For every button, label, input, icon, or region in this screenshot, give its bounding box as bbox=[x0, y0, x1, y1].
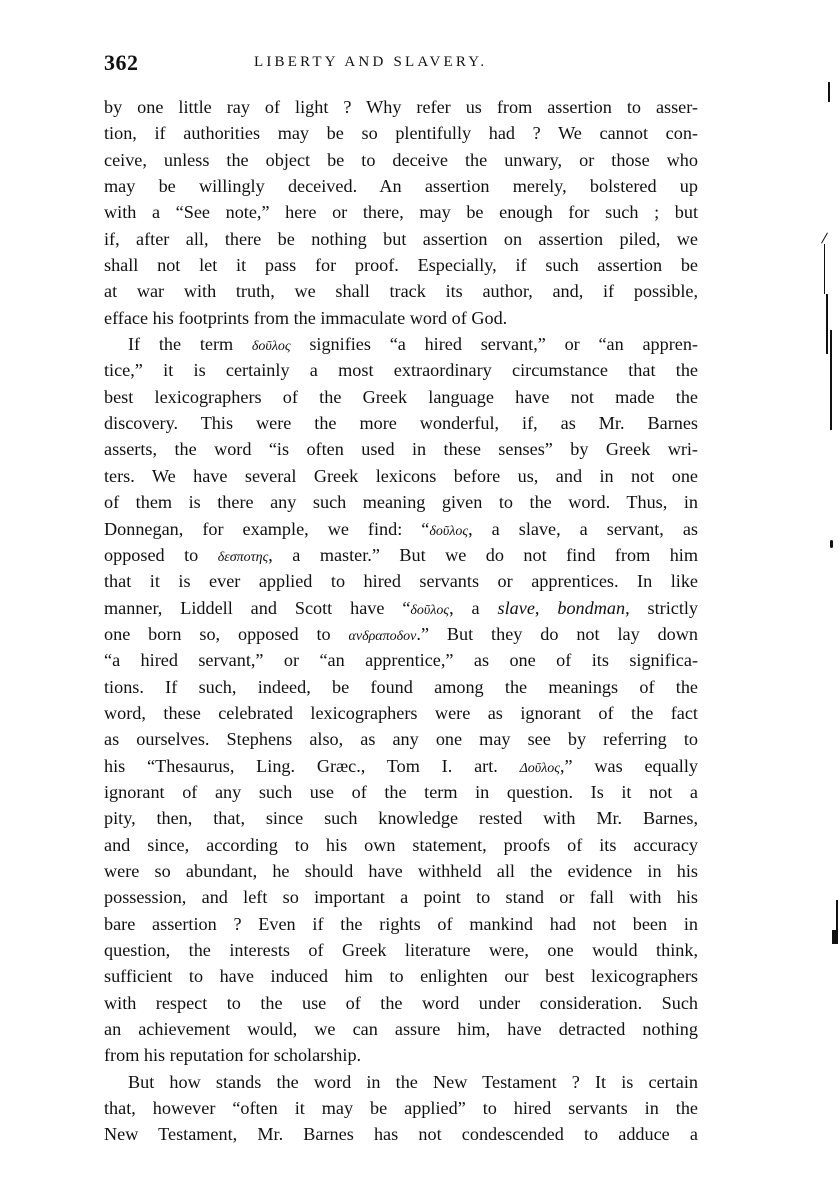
text-run: , bbox=[535, 598, 557, 618]
italic-word: bondman bbox=[557, 598, 625, 618]
text-run: his “Thesaurus, Ling. Græc., Tom I. art. bbox=[104, 756, 520, 776]
text-line: ters. We have several Greek lexicons bef… bbox=[104, 463, 698, 489]
scan-artifact-mark bbox=[821, 233, 828, 244]
greek-word: Δοῦλος bbox=[520, 761, 560, 776]
text-run: manner, Liddell and Scott have “ bbox=[104, 598, 410, 618]
text-line: New Testament, Mr. Barnes has not condes… bbox=[104, 1121, 698, 1147]
text-line: tion, if authorities may be so plentiful… bbox=[104, 120, 698, 146]
text-line: as ourselves. Stephens also, as any one … bbox=[104, 726, 698, 752]
text-line: But how stands the word in the New Testa… bbox=[104, 1069, 698, 1095]
text-line: at war with truth, we shall track its au… bbox=[104, 278, 698, 304]
text-line: best lexicographers of the Greek languag… bbox=[104, 384, 698, 410]
text-line: by one little ray of light ? Why refer u… bbox=[104, 94, 698, 120]
greek-word: δοῦλος bbox=[429, 524, 468, 539]
text-run: signifies “a hired servant,” or “an appr… bbox=[291, 334, 698, 354]
text-line: tions. If such, indeed, be found among t… bbox=[104, 674, 698, 700]
text-line: bare assertion ? Even if the rights of m… bbox=[104, 911, 698, 937]
greek-word: δοῦλος bbox=[252, 339, 291, 354]
text-line: with respect to the use of the word unde… bbox=[104, 990, 698, 1016]
text-line: efface his footprints from the immaculat… bbox=[104, 305, 698, 331]
text-line: “a hired servant,” or “an apprentice,” a… bbox=[104, 647, 698, 673]
text-line: shall not let it pass for proof. Especia… bbox=[104, 252, 698, 278]
text-line: that, however “often it may be applied” … bbox=[104, 1095, 698, 1121]
text-line: one born so, opposed to ανδραποδον.” But… bbox=[104, 621, 698, 647]
italic-word: slave bbox=[498, 598, 535, 618]
text-line: tice,” it is certainly a most extraordin… bbox=[104, 357, 698, 383]
text-line: his “Thesaurus, Ling. Græc., Tom I. art.… bbox=[104, 753, 698, 779]
scan-artifact-mark bbox=[830, 330, 832, 430]
text-line: from his reputation for scholarship. bbox=[104, 1042, 698, 1068]
text-run: , strictly bbox=[625, 598, 698, 618]
text-run: .” But they do not lay down bbox=[416, 624, 698, 644]
scan-artifact-mark bbox=[824, 244, 825, 294]
text-run: , a bbox=[449, 598, 497, 618]
body-text: by one little ray of light ? Why refer u… bbox=[104, 94, 698, 1148]
text-line: pity, then, that, since such knowledge r… bbox=[104, 805, 698, 831]
text-line: that it is ever applied to hired servant… bbox=[104, 568, 698, 594]
text-line: an achievement would, we can assure him,… bbox=[104, 1016, 698, 1042]
text-line: question, the interests of Greek literat… bbox=[104, 937, 698, 963]
text-line: with a “See note,” here or there, may be… bbox=[104, 199, 698, 225]
text-line: manner, Liddell and Scott have “δοῦλος, … bbox=[104, 595, 698, 621]
text-run: opposed to bbox=[104, 545, 218, 565]
text-run: ,” was equally bbox=[560, 756, 698, 776]
text-line: opposed to δεσποτης, a master.” But we d… bbox=[104, 542, 698, 568]
greek-word: δοῦλος bbox=[410, 603, 449, 618]
text-line: of them is there any such meaning given … bbox=[104, 489, 698, 515]
text-line: ceive, unless the object be to deceive t… bbox=[104, 147, 698, 173]
text-line: possession, and left so important a poin… bbox=[104, 884, 698, 910]
text-run: , a slave, a servant, as bbox=[468, 519, 698, 539]
scan-artifact-mark bbox=[832, 930, 838, 944]
scan-artifact-mark bbox=[836, 900, 838, 930]
book-page: 362 LIBERTY AND SLAVERY. by one little r… bbox=[0, 0, 840, 1200]
text-line: sufficient to have induced him to enligh… bbox=[104, 963, 698, 989]
text-line: discovery. This were the more wonderful,… bbox=[104, 410, 698, 436]
text-run: one born so, opposed to bbox=[104, 624, 349, 644]
greek-word: ανδραποδον bbox=[349, 629, 417, 644]
scan-artifact-mark bbox=[828, 82, 830, 102]
text-run: If the term bbox=[128, 334, 252, 354]
page-number: 362 bbox=[104, 50, 139, 76]
text-run: Donnegan, for example, we find: “ bbox=[104, 519, 429, 539]
greek-word: δεσποτης bbox=[218, 550, 269, 565]
scan-artifact-mark bbox=[826, 294, 828, 354]
text-line: and since, according to his own statemen… bbox=[104, 832, 698, 858]
scan-artifact-mark bbox=[830, 540, 833, 548]
text-line: Donnegan, for example, we find: “δοῦλος,… bbox=[104, 516, 698, 542]
page-header: 362 LIBERTY AND SLAVERY. bbox=[104, 50, 698, 80]
running-title: LIBERTY AND SLAVERY. bbox=[254, 54, 487, 71]
text-line: if, after all, there be nothing but asse… bbox=[104, 226, 698, 252]
text-line: were so abundant, he should have withhel… bbox=[104, 858, 698, 884]
text-line: word, these celebrated lexicographers we… bbox=[104, 700, 698, 726]
text-line: asserts, the word “is often used in thes… bbox=[104, 436, 698, 462]
text-line: If the term δοῦλος signifies “a hired se… bbox=[104, 331, 698, 357]
text-line: ignorant of any such use of the term in … bbox=[104, 779, 698, 805]
text-line: may be willingly deceived. An assertion … bbox=[104, 173, 698, 199]
text-run: , a master.” But we do not find from him bbox=[268, 545, 698, 565]
